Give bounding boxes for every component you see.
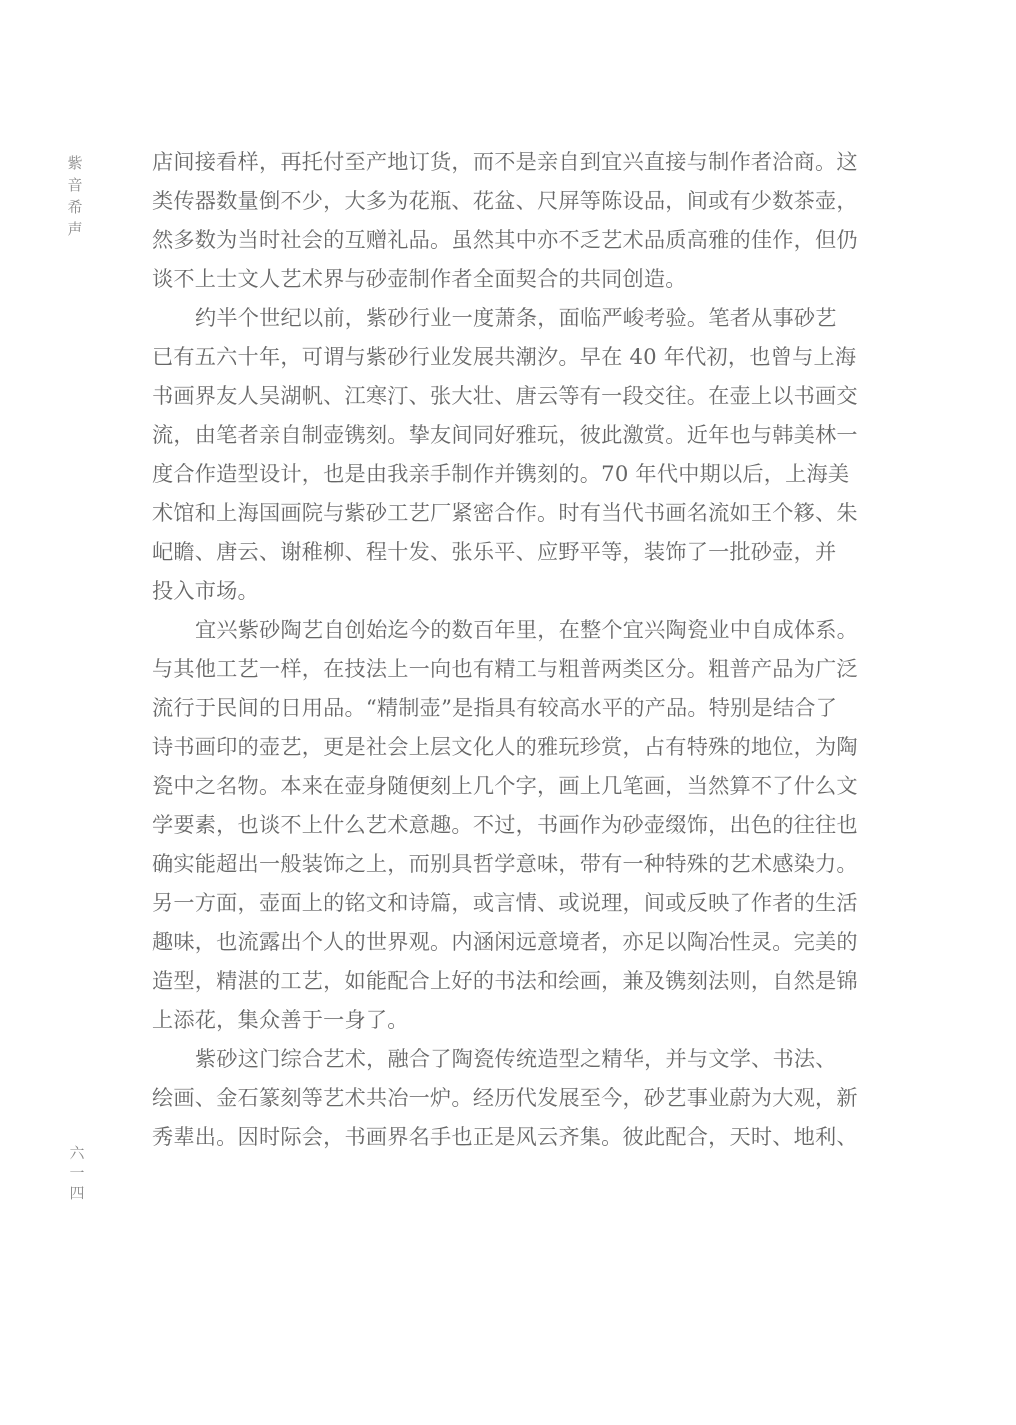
text-line: 确实能超出一般装饰之上，而别具哲学意味，带有一种特殊的艺术感染力。 (152, 844, 894, 883)
text-line: 术馆和上海国画院与紫砂工艺厂紧密合作。时有当代书画名流如王个簃、朱 (152, 493, 894, 532)
text-line: 上添花，集众善于一身了。 (152, 1000, 894, 1039)
running-header-title: 紫 音 希 声 (64, 152, 86, 240)
page-number-char: 一 (67, 1163, 87, 1183)
text-line: 瓷中之名物。本来在壶身随便刻上几个字，画上几笔画，当然算不了什么文 (152, 766, 894, 805)
text-line: 宜兴紫砂陶艺自创始迄今的数百年里，在整个宜兴陶瓷业中自成体系。 (152, 610, 894, 649)
text-line: 与其他工艺一样，在技法上一向也有精工与粗普两类区分。粗普产品为广泛 (152, 649, 894, 688)
text-line: 投入市场。 (152, 571, 894, 610)
text-line: 书画界友人吴湖帆、江寒汀、张大壮、唐云等有一段交往。在壶上以书画交 (152, 376, 894, 415)
text-line: 店间接看样，再托付至产地订货，而不是亲自到宜兴直接与制作者洽商。这 (152, 142, 894, 181)
text-line: 学要素，也谈不上什么艺术意趣。不过，书画作为砂壶缀饰，出色的往往也 (152, 805, 894, 844)
paragraph-4: 紫砂这门综合艺术，融合了陶瓷传统造型之精华，并与文学、书法、 绘画、金石篆刻等艺… (152, 1039, 894, 1156)
text-line: 屺瞻、唐云、谢稚柳、程十发、张乐平、应野平等，装饰了一批砂壶，并 (152, 532, 894, 571)
page-number-char: 六 (67, 1143, 87, 1163)
text-line: 趣味，也流露出个人的世界观。内涵闲远意境者，亦足以陶冶性灵。完美的 (152, 922, 894, 961)
header-char: 声 (64, 218, 86, 240)
text-line: 然多数为当时社会的互赠礼品。虽然其中亦不乏艺术品质高雅的佳作，但仍 (152, 220, 894, 259)
header-char: 音 (64, 174, 86, 196)
text-line: 造型，精湛的工艺，如能配合上好的书法和绘画，兼及镌刻法则，自然是锦 (152, 961, 894, 1000)
paragraph-1: 店间接看样，再托付至产地订货，而不是亲自到宜兴直接与制作者洽商。这 类传器数量倒… (152, 142, 894, 298)
text-line: 紫砂这门综合艺术，融合了陶瓷传统造型之精华，并与文学、书法、 (152, 1039, 894, 1078)
text-line: 流，由笔者亲自制壶镌刻。挚友间同好雅玩，彼此激赏。近年也与韩美林一 (152, 415, 894, 454)
text-line: 诗书画印的壶艺，更是社会上层文化人的雅玩珍赏，占有特殊的地位，为陶 (152, 727, 894, 766)
page-number: 六 一 四 (67, 1143, 87, 1203)
text-line: 绘画、金石篆刻等艺术共冶一炉。经历代发展至今，砂艺事业蔚为大观，新 (152, 1078, 894, 1117)
header-char: 希 (64, 196, 86, 218)
text-line: 类传器数量倒不少，大多为花瓶、花盆、尺屏等陈设品，间或有少数茶壶， (152, 181, 894, 220)
header-char: 紫 (64, 152, 86, 174)
paragraph-3: 宜兴紫砂陶艺自创始迄今的数百年里，在整个宜兴陶瓷业中自成体系。 与其他工艺一样，… (152, 610, 894, 1039)
text-line: 流行于民间的日用品。“精制壶”是指具有较高水平的产品。特别是结合了 (152, 688, 894, 727)
text-line: 已有五六十年，可谓与紫砂行业发展共潮汐。早在 40 年代初，也曾与上海 (152, 337, 894, 376)
text-line: 另一方面，壶面上的铭文和诗篇，或言情、或说理，间或反映了作者的生活 (152, 883, 894, 922)
paragraph-2: 约半个世纪以前，紫砂行业一度萧条，面临严峻考验。笔者从事砂艺 已有五六十年，可谓… (152, 298, 894, 610)
body-text: 店间接看样，再托付至产地订货，而不是亲自到宜兴直接与制作者洽商。这 类传器数量倒… (152, 142, 894, 1156)
text-line: 秀辈出。因时际会，书画界名手也正是风云齐集。彼此配合，天时、地利、 (152, 1117, 894, 1156)
text-line: 约半个世纪以前，紫砂行业一度萧条，面临严峻考验。笔者从事砂艺 (152, 298, 894, 337)
page-number-char: 四 (67, 1183, 87, 1203)
text-line: 度合作造型设计，也是由我亲手制作并镌刻的。70 年代中期以后，上海美 (152, 454, 894, 493)
text-line: 谈不上士文人艺术界与砂壶制作者全面契合的共同创造。 (152, 259, 894, 298)
